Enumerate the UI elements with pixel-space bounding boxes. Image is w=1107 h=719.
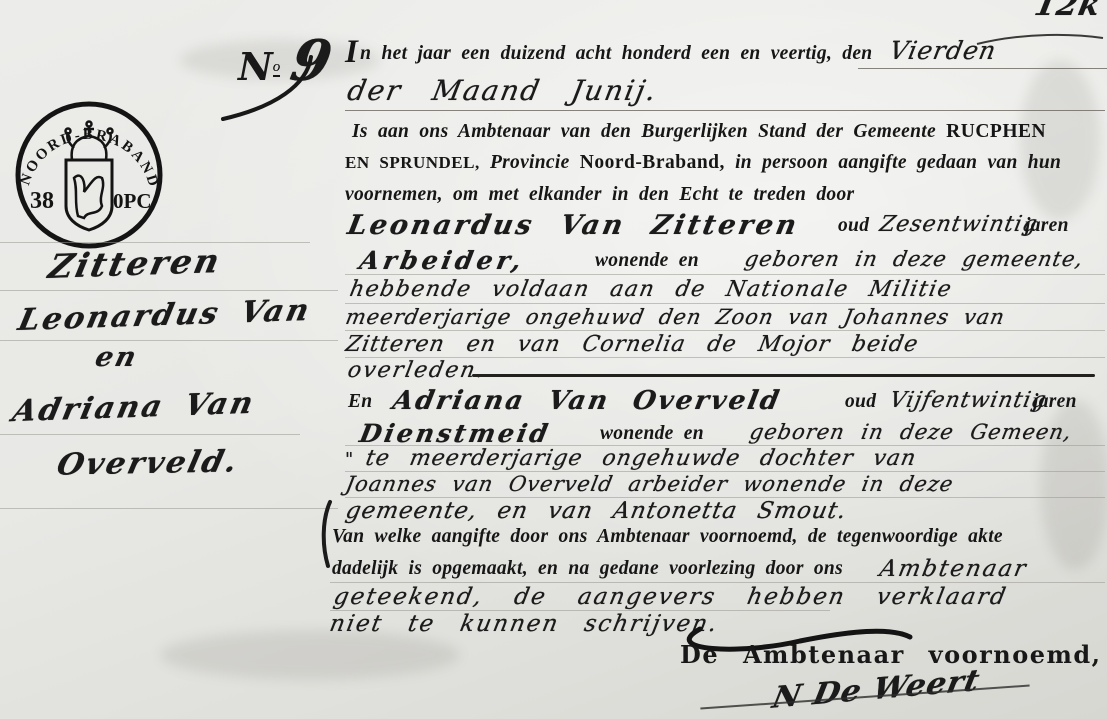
continuation-quote-mark: " bbox=[345, 449, 354, 470]
groom-age-handwritten: Zesentwintig bbox=[878, 212, 1040, 237]
groom-residence-handwritten: geboren in deze gemeente, bbox=[743, 247, 1086, 271]
groom-parents-line-2: Zitteren en van Cornelia de Mojor beide bbox=[344, 332, 921, 357]
margin-name-line-5: Overveld. bbox=[54, 444, 243, 482]
groom-name-handwritten: Leonardus Van Zitteren bbox=[345, 210, 802, 241]
bride-name-handwritten: Adriana Van Overveld bbox=[390, 386, 784, 416]
groom-occupation-line: Arbeider, wonende en geboren in deze gem… bbox=[345, 246, 1107, 276]
intro-year-printed: n het jaar een duizend acht honderd een … bbox=[360, 43, 872, 64]
registrar-line-2-rest: in persoon aangifte gedaan van hun bbox=[735, 152, 1061, 173]
act-number-swash bbox=[215, 55, 335, 125]
registrar-line-1-italic: Is aan ons Ambtenaar van den Burgerlijke… bbox=[352, 121, 936, 142]
margin-name-line-4: Adriana Van bbox=[9, 386, 258, 429]
bride-residence-handwritten: geboren in deze Gemeen, bbox=[748, 420, 1074, 444]
date-day-handwritten: Vierden bbox=[888, 36, 1000, 65]
oud-label-bride: oud bbox=[845, 391, 876, 413]
wonende-en-label-bride: wonende en bbox=[600, 423, 704, 445]
drop-cap: I bbox=[345, 34, 358, 70]
province-label: Provincie bbox=[490, 152, 570, 173]
bride-age-handwritten: Vijfentwintig bbox=[888, 388, 1049, 413]
en-label: En bbox=[348, 391, 372, 413]
officiant-caption: De Ambtenaar voornoemd, bbox=[680, 640, 1102, 669]
wonende-en-label: wonende en bbox=[595, 250, 699, 272]
groom-parents-deceased: overleden. bbox=[346, 358, 488, 383]
stamp-duty-left: 38 bbox=[30, 188, 54, 214]
bleed-through-mark bbox=[160, 630, 460, 680]
bride-parents-line-1: Joannes van Overveld arbeider wonende in… bbox=[344, 472, 956, 496]
bride-status-handwritten: te meerderjarige ongehuwde dochter van bbox=[364, 446, 919, 471]
jaren-label: jaren bbox=[1025, 215, 1069, 237]
corner-page-number: 12k bbox=[1032, 0, 1104, 23]
closing-signed-declaration: geteekend, de aangevers hebben verklaard bbox=[331, 584, 1009, 610]
date-month-handwritten: der Maand Junij. bbox=[345, 74, 661, 107]
shield-icon bbox=[66, 160, 112, 230]
municipality-name-2: EN SPRUNDEL, bbox=[345, 153, 480, 172]
stamp-duty-right: 0PC bbox=[113, 189, 152, 213]
groom-name-line: Leonardus Van Zitteren oud Zesentwintig … bbox=[345, 210, 1107, 240]
jaren-label-bride: jaren bbox=[1033, 391, 1077, 413]
groom-parents-line-1: meerderjarige ongehuwd den Zoon van Joha… bbox=[344, 305, 1008, 329]
margin-name-line-3: en bbox=[92, 342, 142, 373]
margin-name-line-2: Leonardus Van bbox=[15, 293, 314, 338]
registrar-line-2: EN SPRUNDEL, Provincie Noord-Braband, in… bbox=[345, 152, 1061, 174]
closing-line-1: Van welke aangifte door ons Ambtenaar vo… bbox=[332, 526, 1003, 548]
closing-line-2-printed: dadelijk is opgemaakt, en na gedane voor… bbox=[332, 558, 843, 580]
bride-name-line: En Adriana Van Overveld oud Vijfentwinti… bbox=[345, 386, 1107, 416]
registrar-line-1: Is aan ons Ambtenaar van den Burgerlijke… bbox=[352, 121, 1046, 143]
closing-line-2-handwritten: Ambtenaar bbox=[877, 556, 1029, 582]
bride-occupation-handwritten: Dienstmeid bbox=[357, 419, 553, 448]
margin-name-line-1: Zitteren bbox=[45, 241, 225, 286]
registrar-line-3: voornemen, om met elkander in den Echt t… bbox=[345, 184, 854, 206]
bride-status-line: " te meerderjarige ongehuwde dochter van bbox=[345, 446, 916, 471]
document-page: 12k No 9 NOORD-BRABAND. 38 0PC Zitteren … bbox=[0, 0, 1107, 719]
bride-parents-line-2: gemeente, en van Antonetta Smout. bbox=[343, 498, 849, 524]
province-stamp: NOORD-BRABAND. 38 0PC bbox=[12, 98, 166, 252]
province-name: Noord-Braband, bbox=[580, 152, 725, 173]
groom-occupation-handwritten: Arbeider, bbox=[357, 246, 528, 275]
intro-year-line: In het jaar een duizend acht honderd een… bbox=[345, 36, 997, 65]
municipality-name-1: RUCPHEN bbox=[946, 121, 1046, 142]
oud-label: oud bbox=[838, 215, 869, 237]
groom-militia-handwritten: hebbende voldaan aan de Nationale Militi… bbox=[348, 277, 955, 302]
